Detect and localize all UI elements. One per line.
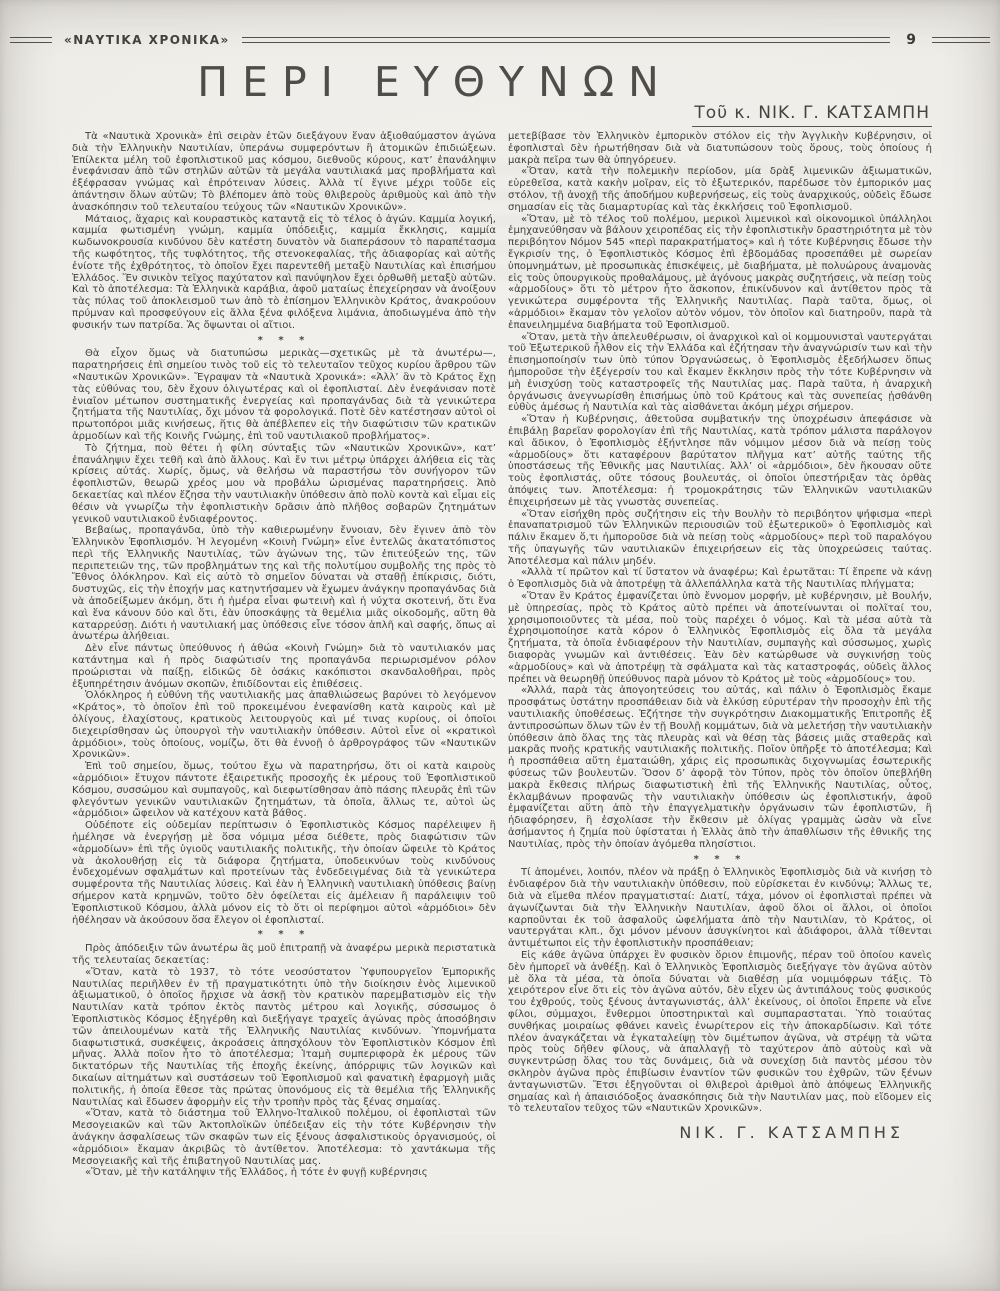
article-title: ΠΕΡΙ ΕΥΘΥΝΩΝ — [0, 58, 870, 106]
paragraph: Εἰς κάθε ἀγῶνα ὑπάρχει ἓν φυσικὸν ὅριον … — [508, 950, 932, 1115]
paragraph: Ὁλόκληρος ἡ εὐθύνη τῆς ναυτιλιακῆς μας ἀ… — [72, 690, 496, 761]
section-separator: * * * — [72, 929, 496, 941]
author-signature: ΝΙΚ. Γ. ΚΑΤΣΑΜΠΗΣ — [508, 1127, 932, 1139]
paragraph: «Ὅταν, κατὰ τὸ 1937, τὸ τότε νεοσύστατον… — [72, 967, 496, 1109]
paragraph: Πρὸς ἀπόδειξιν τῶν ἀνωτέρω ἂς μοῦ ἐπιτρα… — [72, 943, 496, 967]
byline-wrap: Τοῦ κ. ΝΙΚ. Γ. ΚΑΤΣΑΜΠΗ — [692, 103, 932, 127]
article-byline: Τοῦ κ. ΝΙΚ. Γ. ΚΑΤΣΑΜΠΗ — [692, 103, 932, 127]
header-rule-left-cap — [10, 37, 52, 43]
header-rule-right-cap — [932, 37, 990, 43]
paragraph: «Ὅταν, μὲ τὴν κατάληψιν τῆς Ἑλλάδος, ἡ τ… — [72, 1167, 496, 1179]
magazine-page: «ΝΑΥΤΙΚΑ ΧΡΟΝΙΚΑ» 9 ΠΕΡΙ ΕΥΘΥΝΩΝ Τοῦ κ. … — [0, 0, 1000, 1291]
paragraph: Μάταιος, ἄχαρις καὶ κουραστικὸς καταντᾷ … — [72, 214, 496, 332]
section-separator: * * * — [508, 854, 932, 866]
paragraph: «Ὅταν εἰσήχθη πρὸς συζήτησιν εἰς τὴν Βου… — [508, 509, 932, 568]
masthead-title: «ΝΑΥΤΙΚΑ ΧΡΟΝΙΚΑ» — [64, 33, 230, 47]
article-column-right: μετεβίβασε τὸν Ἑλληνικὸν ἐμπορικὸν στόλο… — [508, 131, 932, 1286]
paragraph: «Ὅταν, μὲ τὸ τέλος τοῦ πολέμου, μερικοὶ … — [508, 214, 932, 332]
header-rule-long — [242, 37, 890, 43]
paragraph: Ἐπὶ τοῦ σημείου, ὅμως, τούτου ἔχω νὰ παρ… — [72, 761, 496, 820]
paragraph: «Ὅταν, κατὰ τὴν πολεμικὴν περίοδον, μία … — [508, 166, 932, 213]
page-number: 9 — [902, 32, 920, 48]
paragraph: Τὰ «Ναυτικὰ Χρονικὰ» ἐπὶ σειρὰν ἐτῶν διε… — [72, 131, 496, 214]
paragraph: «Ἀλλά, παρὰ τὰς ἀπογοητεύσεις του αὐτάς,… — [508, 685, 932, 850]
paragraph: Θὰ εἶχον ὅμως νὰ διατυπώσω μερικὰς—σχετι… — [72, 348, 496, 442]
paragraph: Τί ἀπομένει, λοιπόν, πλέον νὰ πράξῃ ὁ Ἑλ… — [508, 867, 932, 950]
paragraph: μετεβίβασε τὸν Ἑλληνικὸν ἐμπορικὸν στόλο… — [508, 131, 932, 166]
paragraph: «Ὅταν ἡ Κυβέρνησις, ἀθετοῦσα συμβατικήν … — [508, 414, 932, 508]
paragraph: «Ὅταν, μετὰ τὴν ἀπελευθέρωσιν, οἱ ἀναρχι… — [508, 332, 932, 415]
article-column-left: Τὰ «Ναυτικὰ Χρονικὰ» ἐπὶ σειρὰν ἐτῶν διε… — [72, 131, 496, 1271]
running-head: «ΝΑΥΤΙΚΑ ΧΡΟΝΙΚΑ» 9 — [10, 33, 990, 47]
paragraph: «Ὅταν ἓν Κράτος ἐμφανίζεται ὑπὸ ἔννομον … — [508, 591, 932, 685]
paragraph: Βεβαίως, προπαγάνδα, ὑπὸ τὴν καθιερωμένη… — [72, 525, 496, 643]
paragraph: «Ἀλλὰ τί πρῶτον καὶ τί ὕστατον νὰ ἀναφέρ… — [508, 567, 932, 591]
paragraph: «Ὅταν, κατὰ τὸ διάστημα τοῦ Ἑλληνο-Ἰταλι… — [72, 1108, 496, 1167]
paragraph: Δὲν εἶνε πάντως ὑπεύθυνος ἡ ἀθώα «Κοινὴ … — [72, 643, 496, 690]
section-separator: * * * — [72, 335, 496, 347]
paragraph: Τὸ ζήτημα, ποὺ θέτει ἡ φίλη σύνταξις τῶν… — [72, 443, 496, 526]
paragraph: Οὐδέποτε εἰς οὐδεμίαν περίπτωσιν ὁ Ἐφοπλ… — [72, 820, 496, 926]
